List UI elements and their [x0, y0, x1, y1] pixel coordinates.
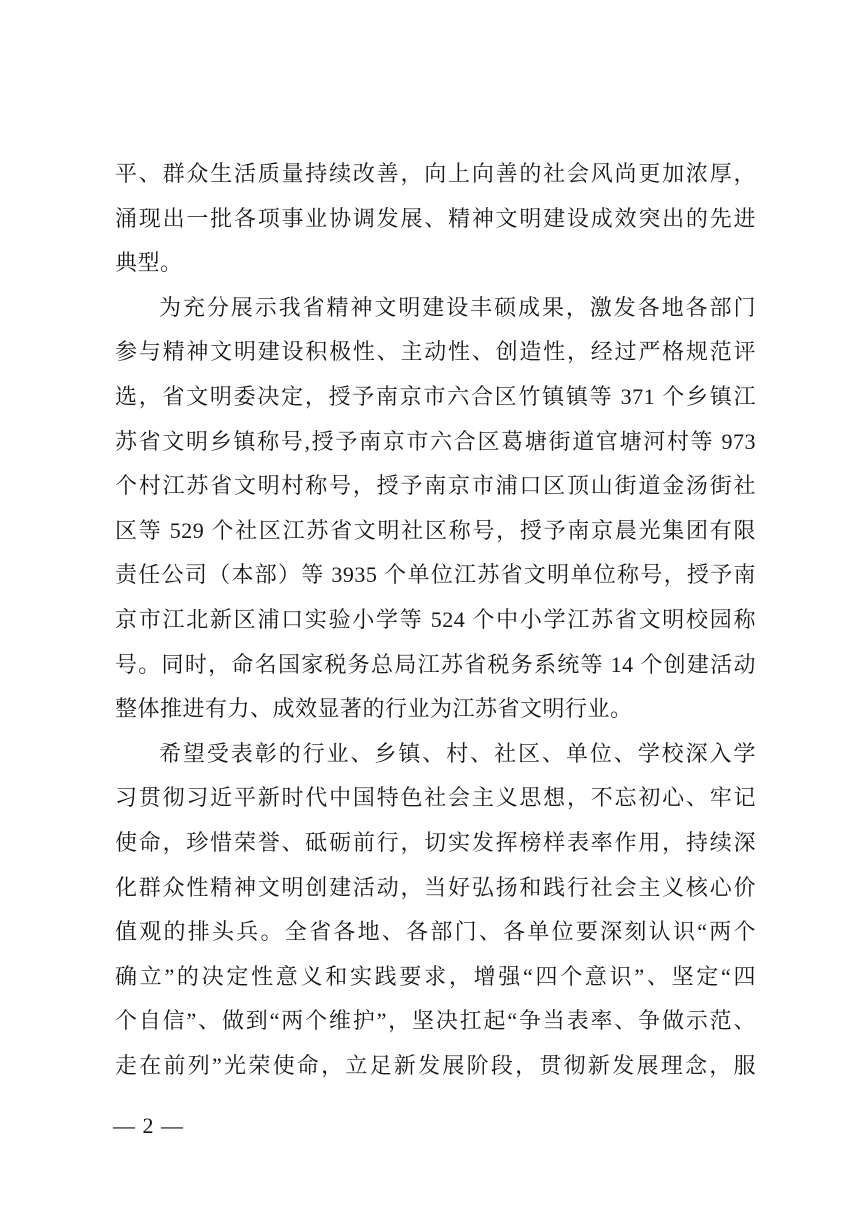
text-line: 典型。 [115, 241, 756, 286]
text-line: 化群众性精神文明创建活动，当好弘扬和践行社会主义核心价 [115, 866, 756, 911]
text-line: 个自信”、做到“两个维护”，坚决扛起“争当表率、争做示范、 [115, 999, 756, 1044]
text-line: 值观的排头兵。全省各地、各部门、各单位要深刻认识“两个 [115, 910, 756, 955]
paragraph: 为充分展示我省精神文明建设丰硕成果，激发各地各部门参与精神文明建设积极性、主动性… [115, 286, 756, 732]
text-line: 使命，珍惜荣誉、砥砺前行，切实发挥榜样表率作用，持续深 [115, 821, 756, 866]
text-line: 京市江北新区浦口实验小学等 524 个中小学江苏省文明校园称 [115, 598, 756, 643]
paragraph: 希望受表彰的行业、乡镇、村、社区、单位、学校深入学习贯彻习近平新时代中国特色社会… [115, 732, 756, 1089]
paragraph: 平、群众生活质量持续改善，向上向善的社会风尚更加浓厚，涌现出一批各项事业协调发展… [115, 152, 756, 286]
document-body: 平、群众生活质量持续改善，向上向善的社会风尚更加浓厚，涌现出一批各项事业协调发展… [115, 152, 756, 1088]
text-line: 区等 529 个社区江苏省文明社区称号，授予南京晨光集团有限 [115, 509, 756, 554]
text-line: 希望受表彰的行业、乡镇、村、社区、单位、学校深入学 [115, 732, 756, 777]
text-line: 选，省文明委决定，授予南京市六合区竹镇镇等 371 个乡镇江 [115, 375, 756, 420]
text-line: 苏省文明乡镇称号,授予南京市六合区葛塘街道官塘河村等 973 [115, 420, 756, 465]
text-line: 涌现出一批各项事业协调发展、精神文明建设成效突出的先进 [115, 197, 756, 242]
page-number: — 2 — [113, 1104, 184, 1148]
text-line: 参与精神文明建设积极性、主动性、创造性，经过严格规范评 [115, 330, 756, 375]
text-line: 整体推进有力、成效显著的行业为江苏省文明行业。 [115, 687, 756, 732]
text-line: 确立”的决定性意义和实践要求，增强“四个意识”、坚定“四 [115, 955, 756, 1000]
text-line: 号。同时，命名国家税务总局江苏省税务系统等 14 个创建活动 [115, 643, 756, 688]
text-line: 责任公司（本部）等 3935 个单位江苏省文明单位称号，授予南 [115, 553, 756, 598]
document-page: 平、群众生活质量持续改善，向上向善的社会风尚更加浓厚，涌现出一批各项事业协调发展… [0, 0, 868, 1228]
text-line: 平、群众生活质量持续改善，向上向善的社会风尚更加浓厚， [115, 152, 756, 197]
text-line: 走在前列”光荣使命，立足新发展阶段，贯彻新发展理念，服 [115, 1044, 756, 1089]
text-line: 习贯彻习近平新时代中国特色社会主义思想，不忘初心、牢记 [115, 776, 756, 821]
text-line: 为充分展示我省精神文明建设丰硕成果，激发各地各部门 [115, 286, 756, 331]
text-line: 个村江苏省文明村称号，授予南京市浦口区顶山街道金汤街社 [115, 464, 756, 509]
